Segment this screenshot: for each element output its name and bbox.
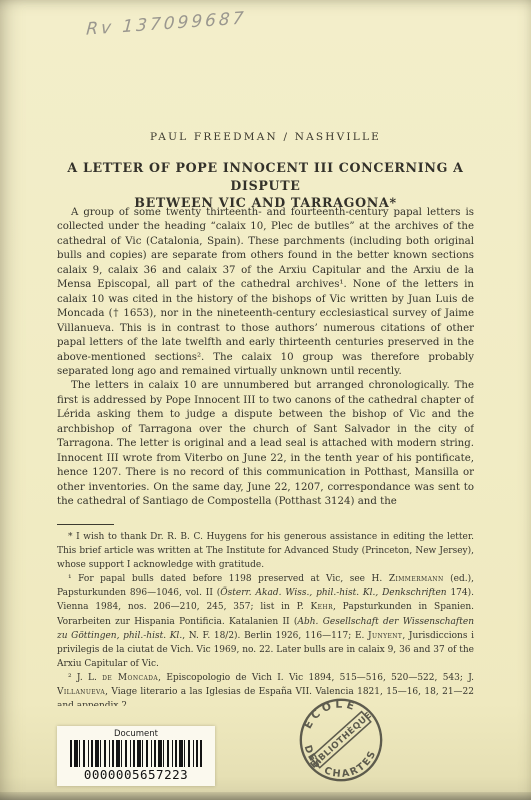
footnote-text-run: , N. F. 18/2). Berlin 1926, 116—117; E. (182, 631, 368, 641)
barcode-label: Document 0000005657223 (57, 726, 215, 786)
footnote: ² J. L. de Moncada, Episcopologio de Vic… (57, 671, 474, 706)
body-paragraph: The letters in calaix 10 are unnumbered … (57, 379, 474, 509)
barcode-bars-icon (70, 740, 202, 767)
library-stamp: ECOLE DES CHARTES BIBLIOTHÈQUE (292, 691, 390, 789)
footnote-text-run: ¹ For papal bulls dated before 1198 pres… (68, 574, 389, 584)
footnote-text-run: Zimmermann (389, 574, 444, 584)
footnote-separator-rule (57, 524, 114, 525)
footnote-text-run: ² J. L. (68, 673, 102, 683)
footnote-text-run: Kehr (311, 602, 333, 612)
footnote-text-run: * I wish to thank Dr. R. B. C. Huygens f… (57, 532, 474, 570)
scanned-paper-page: Rv 137099687 PAUL FREEDMAN / NASHVILLE A… (0, 0, 531, 800)
barcode-number: 0000005657223 (84, 767, 188, 782)
footnotes: * I wish to thank Dr. R. B. C. Huygens f… (57, 530, 474, 706)
footnote-text-run: , Viage literario a las Iglesias de Espa… (57, 687, 474, 706)
footnote-text-run: Österr. Akad. Wiss., phil.-hist. Kl., De… (220, 588, 446, 598)
body-text: A group of some twenty thirteenth- and f… (57, 206, 474, 522)
handwritten-accession-note: Rv 137099687 (85, 8, 247, 39)
footnote-text-run: Junyent (368, 631, 402, 641)
footnote-text-run: , Episcopologio de Vich I. Vic 1894, 515… (158, 673, 474, 683)
author-line: PAUL FREEDMAN / NASHVILLE (0, 131, 531, 143)
footnote: ¹ For papal bulls dated before 1198 pres… (57, 572, 474, 671)
footnote-text-run: de Moncada (102, 673, 158, 683)
footnote: * I wish to thank Dr. R. B. C. Huygens f… (57, 530, 474, 572)
barcode-title: Document (114, 729, 158, 739)
article-title-line1: A LETTER OF POPE INNOCENT III CONCERNING… (30, 159, 501, 194)
library-stamp-icon: ECOLE DES CHARTES BIBLIOTHÈQUE (292, 691, 390, 789)
scan-bottom-edge-shadow (0, 792, 531, 800)
body-paragraph: A group of some twenty thirteenth- and f… (57, 206, 474, 379)
article-title: A LETTER OF POPE INNOCENT III CONCERNING… (30, 159, 501, 212)
footnote-text-run: Villanueva (57, 687, 105, 697)
